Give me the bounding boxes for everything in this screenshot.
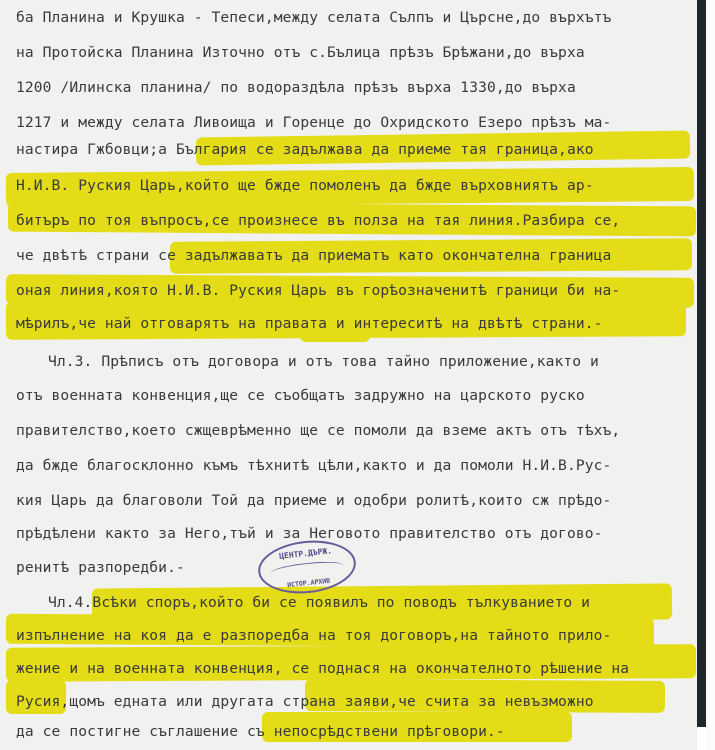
text-line: жение и на военната конвенция, се поднас… xyxy=(16,659,629,679)
margin-strip xyxy=(706,0,715,750)
text-line: Н.И.В. Руския Царь,който ще бжде помолен… xyxy=(16,176,594,196)
stamp-top-text: ЦЕНТР.ДЪРЖ. xyxy=(258,544,352,563)
text-line: настира Гжбовци;а България се задължава … xyxy=(16,140,594,160)
text-line: да се постигне съглашение съ непосрѣдств… xyxy=(16,722,505,742)
text-line: 1217 и между селата Ливоища и Горенце до… xyxy=(16,113,611,133)
text-line: ба Планина и Крушка - Тепеси,между селат… xyxy=(16,8,611,28)
text-line: изпълнение на коя да е разпоредба на тоя… xyxy=(16,626,611,646)
text-line: кия Царь да благоволи Той да приеме и од… xyxy=(16,491,611,511)
text-line: Чл.3. Прѣписъ отъ договора и отъ това та… xyxy=(48,352,599,372)
text-line: битъръ по тоя въпросъ,се произнесе въ по… xyxy=(16,211,620,231)
text-line: 1200 /Илинска планина/ по водораздѣла пр… xyxy=(16,78,576,98)
text-line: Русия,щомъ едната или другата страна зая… xyxy=(16,692,594,712)
text-line: Чл.4.Всѣки споръ,който би се появилъ по … xyxy=(48,593,590,613)
text-line: отъ военната конвенция,ще се съобщатъ за… xyxy=(16,386,585,406)
text-line: че двѣтѣ страни се задължаватъ да приема… xyxy=(16,246,611,266)
page-edge-border xyxy=(697,0,706,727)
text-line: оная линия,която Н.И.В. Руския Царь въ г… xyxy=(16,281,620,301)
text-line: правителство,което сжщеврѣменно ще се по… xyxy=(16,421,620,441)
text-line: да бжде благосклонно къмъ тѣхнитѣ цѣли,к… xyxy=(16,456,611,476)
text-line: мѣрилъ,че най отговарятъ на правата и ин… xyxy=(16,314,603,334)
text-line: на Протойска Планина Източно отъ с.Бълиц… xyxy=(16,43,585,63)
text-line: ренитѣ разпоредби.- xyxy=(16,558,185,578)
document-page: ба Планина и Крушка - Тепеси,между селат… xyxy=(0,0,697,750)
